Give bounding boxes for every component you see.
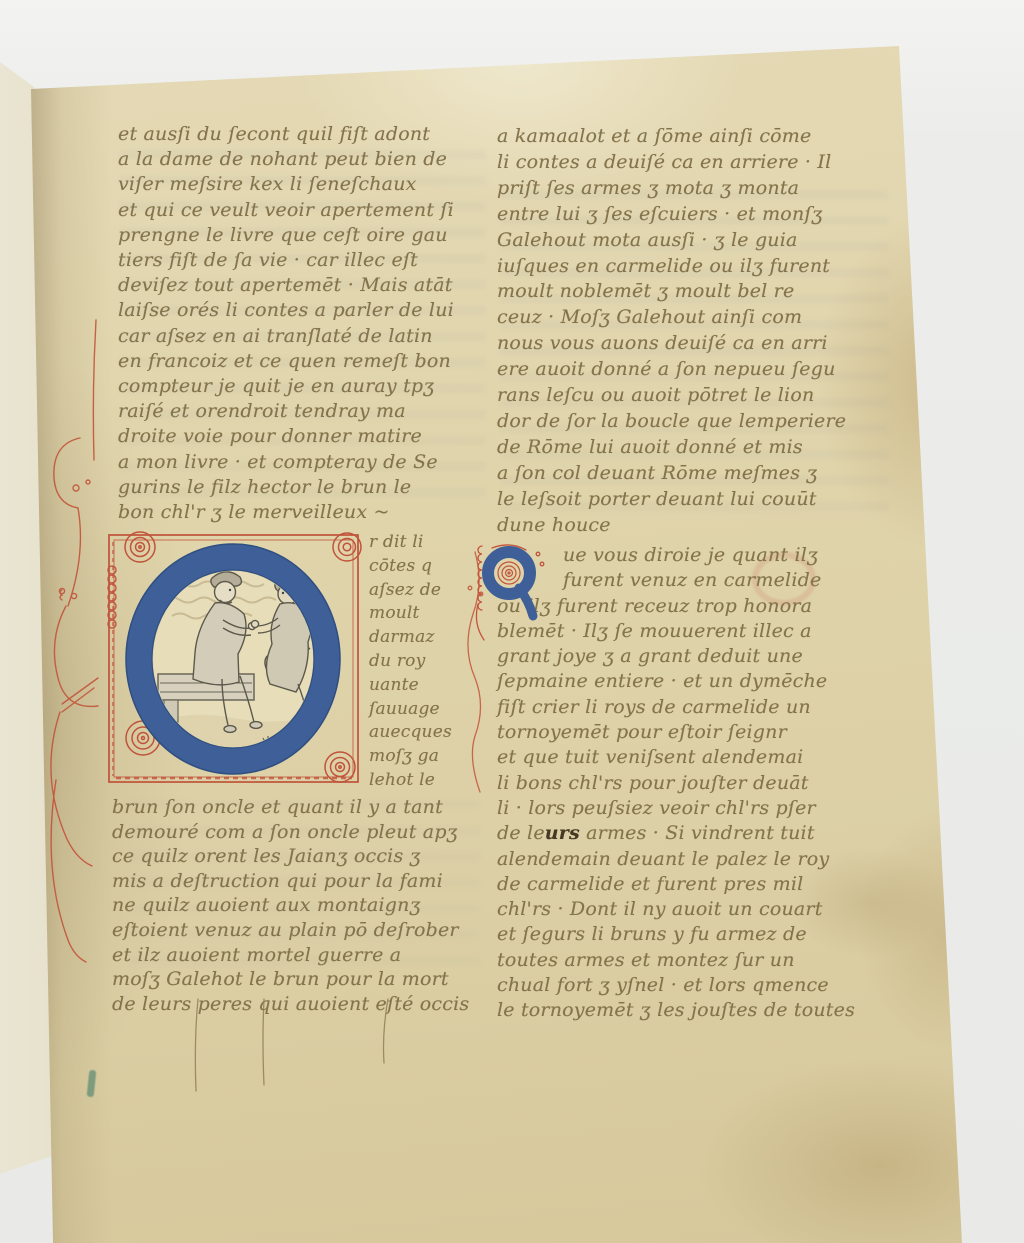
- quire-mark: [915, 268, 961, 320]
- text-line: bon chl'r ʒ le merveilleux ~: [118, 500, 490, 525]
- text-line: a mon livre · et compteray de Se: [118, 450, 490, 475]
- text-line: ce quilz orent les Jaianʒ occis ʒ: [112, 844, 492, 869]
- illuminated-initial-Q: [470, 540, 550, 644]
- text-line: moult noblemēt ʒ moult bel re: [497, 279, 897, 305]
- folio-number: 83: [945, 51, 974, 77]
- text-line: et qui ce veult veoir apertement ſi: [118, 198, 490, 223]
- text-line: de carmelide et furent pres mil: [497, 872, 897, 897]
- text-line: ceuz · Moſʒ Galehout ainſi com: [497, 305, 897, 331]
- text-line: droite voie pour donner matire: [118, 424, 490, 449]
- text-line: tornoyemēt pour eſtoir ſeignr: [497, 720, 897, 745]
- text-line: brun ſon oncle et quant il y a tant: [112, 795, 492, 820]
- text-line: laiſse orés li contes a parler de lui: [118, 298, 490, 323]
- text-line: deviſez tout apertemēt · Mais atāt: [118, 273, 490, 298]
- text-line: li contes a deuiſé ca en arriere · Il: [497, 150, 897, 176]
- text-line: entre lui ʒ ſes eſcuiers · et monſʒ: [497, 202, 897, 228]
- text-line: dor de ſor la boucle que lemperiere: [497, 409, 897, 435]
- text-line: de Rōme lui auoit donné et mis: [497, 435, 897, 461]
- text-line: chual fort ʒ yſnel · et lors qmence: [497, 973, 897, 998]
- manuscript-page: 83 et ausſi du ſecont quil fiſt adonta l…: [0, 0, 1024, 1243]
- text-line: ſepmaine entiere · et un dymēche: [497, 669, 897, 694]
- text-line: priſt ſes armes ʒ mota ʒ monta: [497, 176, 897, 202]
- text-line: a la dame de nohant peut bien de: [118, 147, 490, 172]
- text-line: mis a deſtruction qui pour la fami: [112, 869, 492, 894]
- text-line: blemēt · Ilʒ ſe mouuerent illec a: [497, 619, 897, 644]
- text-line: raiſé et orendroit tendray ma: [118, 399, 490, 424]
- text-line: moſʒ Galehot le brun pour la mort: [112, 967, 492, 992]
- text-line: viſer meſsire kex li ſeneſchaux: [118, 172, 490, 197]
- text-line: iuſques en carmelide ou ilʒ furent: [497, 254, 897, 280]
- text-line: demouré com a ſon oncle pleut apʒ: [112, 820, 492, 845]
- text-line: ue vous diroie je quant ilʒ: [497, 543, 897, 568]
- text-line: et que tuit veniſsent alendemai: [497, 745, 897, 770]
- text-line: fiſt crier li roys de carmelide un: [497, 695, 897, 720]
- text-line: le leſsoit porter deuant lui couūt: [497, 487, 897, 513]
- text-line: a kamaalot et a ſōme ainſi cōme: [497, 124, 897, 150]
- text-line: tiers fiſt de ſa vie · car illec eſt: [118, 248, 490, 273]
- text-line: a ſon col deuant Rōme meſmes ʒ: [497, 461, 897, 487]
- left-column-lower-text: brun ſon oncle et quant il y a tantdemou…: [112, 795, 492, 1016]
- text-line: nous vous auons deuiſé ca en arri: [497, 331, 897, 357]
- text-line: et ſegurs li bruns y fu armez de: [497, 922, 897, 947]
- text-line: et ilz auoient mortel guerre a: [112, 943, 492, 968]
- text-line: car aſsez en ai tranſlaté de latin: [118, 324, 490, 349]
- left-column-upper-text: et ausſi du ſecont quil fiſt adonta la d…: [118, 122, 490, 525]
- text-line: grant joye ʒ a grant deduit une: [497, 644, 897, 669]
- text-line: et ausſi du ſecont quil fiſt adont: [118, 122, 490, 147]
- text-line: furent venuz en carmelide: [497, 568, 897, 593]
- descender-strokes: [168, 995, 498, 1100]
- text-line: gurins le filz hector le brun le: [118, 475, 490, 500]
- text-line: compteur je quit je en auray tpʒ: [118, 374, 490, 399]
- text-line: eſtoient venuz au plain pō deſrober: [112, 918, 492, 943]
- text-line: toutes armes et montez ſur un: [497, 948, 897, 973]
- text-line: li bons chl'rs pour jouſter deuāt: [497, 771, 897, 796]
- scan-background: 83 et ausſi du ſecont quil fiſt adonta l…: [0, 0, 1024, 1243]
- right-column-upper-text: a kamaalot et a ſōme ainſi cōmeli contes…: [497, 124, 897, 539]
- illuminated-initial-O: [102, 526, 365, 792]
- pigment-speck: [87, 1070, 97, 1098]
- text-line: ere auoit donné a ſon nepueu ſegu: [497, 357, 897, 383]
- text-line: ne quilz auoient aux montaignʒ: [112, 893, 492, 918]
- text-line: rans leſcu ou auoit pōtret le lion: [497, 383, 897, 409]
- right-column-lower-text: ue vous diroie je quant ilʒfurent venuz …: [497, 543, 897, 1024]
- text-line: de leurs armes · Si vindrent tuit: [497, 821, 897, 846]
- text-line: le tornoyemēt ʒ les jouſtes de toutes: [497, 998, 897, 1023]
- text-line: dune houce: [497, 513, 897, 539]
- text-line: chl'rs · Dont il ny auoit un couart: [497, 897, 897, 922]
- text-line: en francoiz et ce quen remeſt bon: [118, 349, 490, 374]
- marginal-penwork-left: [36, 300, 120, 1000]
- text-line: prengne le livre que ceſt oire gau: [118, 223, 490, 248]
- text-line: ou ilʒ furent receuz trop honora: [497, 594, 897, 619]
- text-line: Galehout mota ausſi · ʒ le guia: [497, 228, 897, 254]
- text-line: alendemain deuant le palez le roy: [497, 847, 897, 872]
- text-line: li · lors peuſsiez veoir chl'rs pſer: [497, 796, 897, 821]
